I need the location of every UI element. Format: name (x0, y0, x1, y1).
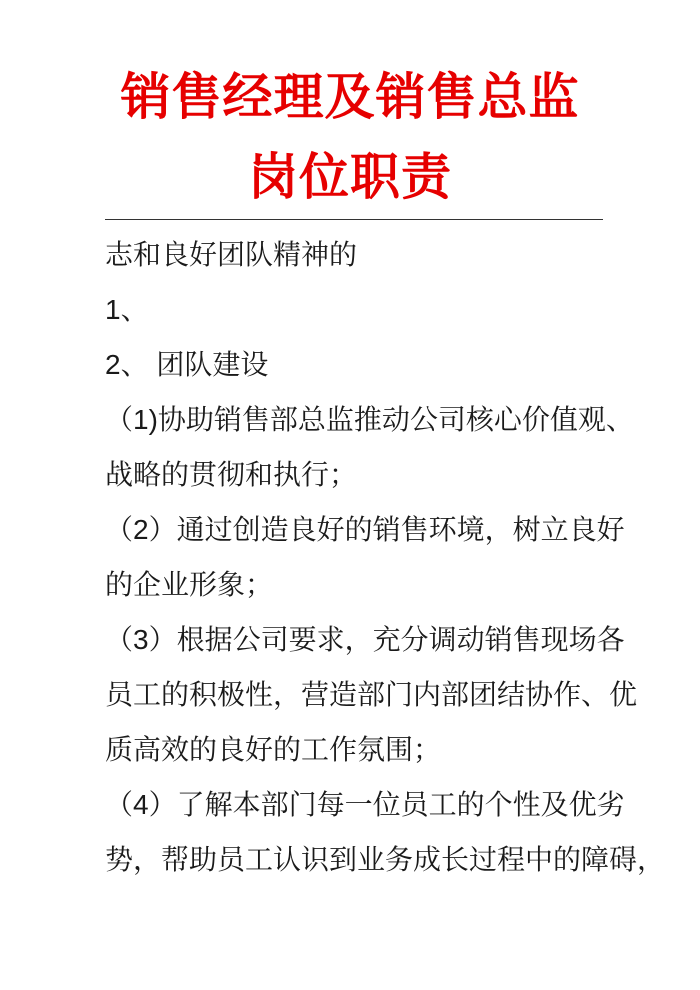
title-divider (105, 219, 603, 220)
body-line-3: 2、 团队建设 (105, 337, 610, 392)
document-page: 销售经理及销售总监 岗位职责 志和良好团队精神的 1、 2、 团队建设 （1)协… (0, 0, 700, 990)
body-line-10: 质高效的良好的工作氛围； (105, 722, 610, 777)
document-title: 销售经理及销售总监 岗位职责 (0, 0, 700, 217)
body-line-8: （3）根据公司要求，充分调动销售现场各 (105, 612, 610, 667)
body-line-2: 1、 (105, 282, 610, 337)
title-line-2: 岗位职责 (0, 137, 700, 217)
document-body: 志和良好团队精神的 1、 2、 团队建设 （1)协助销售部总监推动公司核心价值观… (105, 227, 610, 887)
body-line-5: 战略的贯彻和执行； (105, 447, 610, 502)
body-line-4: （1)协助销售部总监推动公司核心价值观、 (105, 392, 610, 447)
title-line-1: 销售经理及销售总监 (0, 57, 700, 137)
body-line-1: 志和良好团队精神的 (105, 227, 610, 282)
body-line-6: （2）通过创造良好的销售环境，树立良好 (105, 502, 610, 557)
body-line-7: 的企业形象； (105, 557, 610, 612)
body-line-9: 员工的积极性，营造部门内部团结协作、优 (105, 667, 610, 722)
body-line-12: 势，帮助员工认识到业务成长过程中的障碍， (105, 832, 610, 887)
body-line-11: （4）了解本部门每一位员工的个性及优劣 (105, 777, 610, 832)
